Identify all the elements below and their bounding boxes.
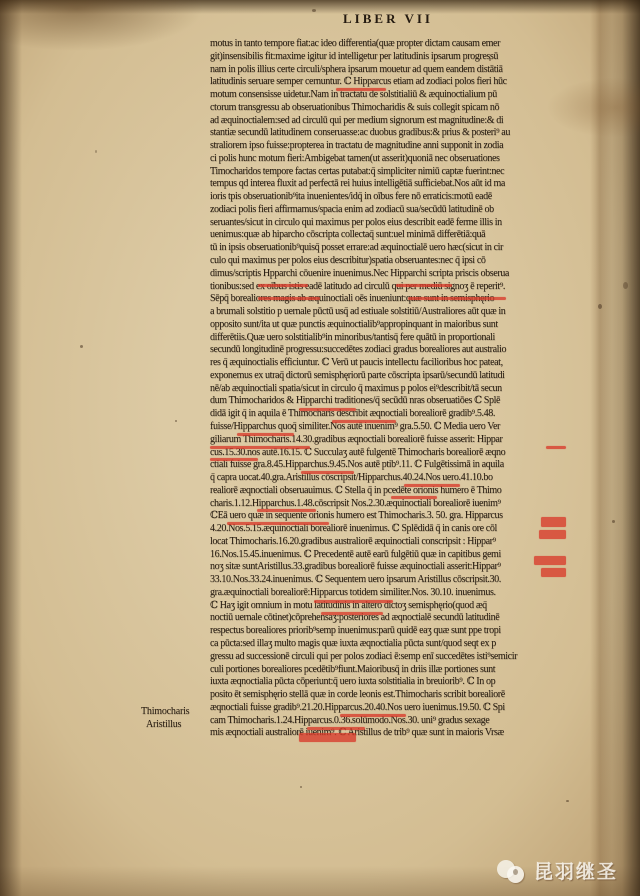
paper-speck	[300, 786, 302, 788]
text-line: q̄ capra uocat.40.gra.Aristillus cōscrip…	[210, 472, 568, 485]
text-line: noctiū uernale cōtinet)cōprehensaʒ:poste…	[210, 612, 568, 625]
marginal-note: Aristillus	[146, 719, 181, 730]
text-line: respectus borealiores priorib⁹semp inuen…	[210, 625, 568, 638]
text-line: Sēpq̄ borealiores magis ab æquinoctiali …	[210, 293, 568, 306]
text-line: culo qui maximus per polos eius describi…	[210, 255, 568, 268]
text-line: zodiaci polis fieri affirmamus/spacia en…	[210, 204, 568, 217]
text-line: stantiæ secundū latitudinem conseruasse:…	[210, 127, 568, 140]
text-line: 16.Nos.15.45.inuenimus. ℂ Precedentē aut…	[210, 549, 568, 562]
paper-speck	[95, 150, 97, 153]
text-line: ctiali fuisse gra.8.45.Hipparchus.9.45.N…	[210, 459, 568, 472]
text-line: a brumali solstitio p uernale pūctū usq̄…	[210, 306, 568, 319]
text-line: mis æqnoctiali australiorē iuenim⁹. ℂ Ar…	[210, 727, 568, 740]
text-line: ℂEā uero quæ in sequente orionis humero …	[210, 510, 568, 523]
text-line: charis.1.12.Hipparchus.1.48.cōscripsit N…	[210, 498, 568, 511]
text-line: fuisse/Hipparchus quoq̄ similiter.Nos au…	[210, 421, 568, 434]
text-line: secundū longitudinē progressu:succedētes…	[210, 344, 568, 357]
panda-logo-icon	[497, 858, 527, 884]
text-line: ioris tpis obseruationib⁹ita inuenientes…	[210, 191, 568, 204]
text-line: nam in polis illius certe circuli/sphera…	[210, 64, 568, 77]
text-line: differētiis.Quæ uero solstitialib⁹in min…	[210, 332, 568, 345]
watermark: 昆羽继圣	[497, 857, 618, 884]
text-line: didā igit q̄ in aquila ē Thimocharis des…	[210, 408, 568, 421]
text-line: ctorum transgressu ab obseruationibus Th…	[210, 102, 568, 115]
text-line: exponemus ex utraq̄ dictorū semisphęrior…	[210, 370, 568, 383]
text-line: nē/ab æquinoctiali spatia/sicut in circu…	[210, 383, 568, 396]
paper-speck	[489, 59, 491, 61]
paper-speck	[312, 9, 316, 12]
text-line: motum consensisse uidetur.Nam in tractat…	[210, 89, 568, 102]
text-line: giliarum Thimocharis.14.30.gradibus æqno…	[210, 434, 568, 447]
text-line: ℂ Haʒ igit omnium in motu latitudinis in…	[210, 600, 568, 613]
text-line: gra.æquinoctiali borealiorē:Hipparcus to…	[210, 587, 568, 600]
text-line: noʒ sitæ suntAristillus.33.gradibus bore…	[210, 561, 568, 574]
marginal-note: Thimocharis	[141, 706, 189, 717]
text-line: ca pūcta:sed illaʒ multo magis quæ iuxta…	[210, 638, 568, 651]
text-line: iuxta æqnoctialia pūcta cōperiunt:q̄ uer…	[210, 676, 568, 689]
paper-speck	[598, 304, 602, 309]
text-line: seruantes/sicut in circulo qui maximus p…	[210, 217, 568, 230]
text-line: latitudinis seruare semper cernuntur. ℂ …	[210, 76, 568, 89]
text-block: motus in tanto tempore fiat:ac ideo diff…	[210, 38, 568, 750]
text-line: 33.10.Nos.33.24.inuenimus. ℂ Sequentem u…	[210, 574, 568, 587]
book-page-photo: LIBER VII motus in tanto tempore fiat:ac…	[0, 0, 640, 896]
text-line: uenimus:quæ ab hiparcho cōscripta collec…	[210, 229, 568, 242]
text-line: realiorē æqnoctiali obseruauimus. ℂ Stel…	[210, 485, 568, 498]
text-line: cus.15.30.nos autē.16.15. ℂ Succulaʒ aut…	[210, 447, 568, 460]
paper-speck	[566, 800, 569, 802]
text-line: motus in tanto tempore fiat:ac ideo diff…	[210, 38, 568, 51]
text-line: Timocharidos tempore factas certas putab…	[210, 166, 568, 179]
text-line: dum Thimocharidos & Hipparchi traditione…	[210, 395, 568, 408]
text-line: cam Thimocharis.1.24.Hipparcus.0.36.solū…	[210, 715, 568, 728]
paper-speck	[623, 282, 628, 289]
text-line: locat Thimocharis.16.20.gradibus austral…	[210, 536, 568, 549]
text-line: posito ēt semisphęrio stellā quæ in cord…	[210, 689, 568, 702]
watermark-text: 昆羽继圣	[534, 857, 618, 884]
text-line: dimus/scriptis Hpparchi cōuenire inuenim…	[210, 268, 568, 281]
page-title: LIBER VII	[210, 11, 566, 27]
text-line: culi portiones borealiores pcedētib⁹fiun…	[210, 664, 568, 677]
text-line: tionibus:sed ex oībus istis eadē latitud…	[210, 281, 568, 294]
text-line: ci polis hunc motum fieri:Ambigebat tame…	[210, 153, 568, 166]
text-line: opposito sunt/ita ut quæ punctis æquinoc…	[210, 319, 568, 332]
text-line: 4.20.Nos.5.15.æquinoctiali borealiorē in…	[210, 523, 568, 536]
paper-speck	[612, 520, 615, 523]
logo-eye	[513, 869, 518, 875]
text-line: æqnoctiali fuisse gradib⁹.21.20.Hipparcu…	[210, 702, 568, 715]
text-line: gressu ad successionē circuli qui per po…	[210, 651, 568, 664]
text-line: tempus qd interea fluxit ad perfectā rei…	[210, 178, 568, 191]
text-line: res q̄ æquinoctialis efficiuntur. ℂ Verū…	[210, 357, 568, 370]
text-line: git)insensibilis fit:maxime igitur id in…	[210, 51, 568, 64]
paper-speck	[80, 345, 83, 348]
text-line: ad æquinoctialem:sed ad circulū qui per …	[210, 115, 568, 128]
paper-speck	[175, 420, 177, 422]
page: LIBER VII motus in tanto tempore fiat:ac…	[0, 0, 640, 896]
text-line: tū in ipsis obseruationib⁹quisq̄ posset …	[210, 242, 568, 255]
text-line: straliorem ipso fuisse:propterea in trac…	[210, 140, 568, 153]
